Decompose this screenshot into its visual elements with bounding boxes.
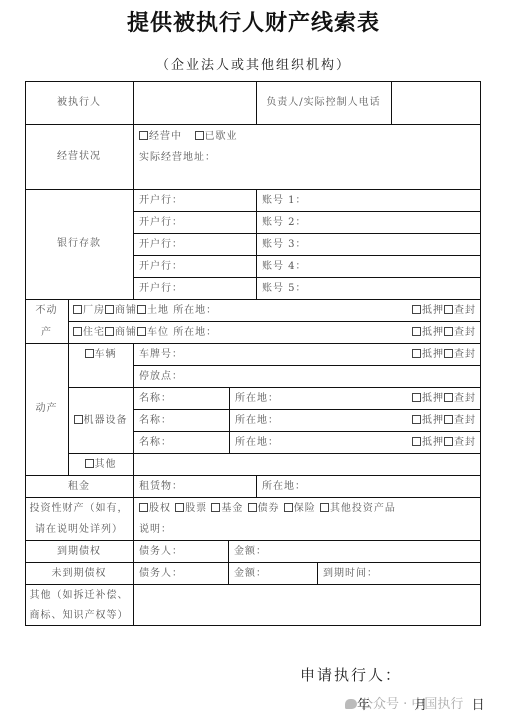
divider <box>25 343 481 344</box>
year-label: 年 <box>357 698 370 713</box>
divider <box>25 475 481 476</box>
checkbox-icon[interactable] <box>444 349 453 358</box>
table-border-bottom <box>25 625 481 626</box>
option-label: 保险 <box>294 503 316 514</box>
respondent-label: 被执行人 <box>25 97 133 109</box>
status-label: 查封 <box>454 393 476 404</box>
divider <box>25 124 481 125</box>
leased-object-label: 租赁物： <box>139 481 183 493</box>
checkbox-icon[interactable] <box>412 305 421 314</box>
divider <box>25 299 481 300</box>
option-label: 经营中 <box>149 131 182 142</box>
checkbox-icon[interactable] <box>284 503 293 512</box>
divider <box>25 584 481 585</box>
status-label: 抵押 <box>422 349 444 360</box>
option-label: 其他投资产品 <box>330 503 396 514</box>
option-label: 车辆 <box>95 349 117 360</box>
account-field[interactable]: 账号 3： <box>262 239 307 251</box>
divider <box>133 431 481 432</box>
status-label: 查封 <box>454 437 476 448</box>
checkbox-icon[interactable] <box>444 305 453 314</box>
divider <box>133 81 134 299</box>
investment-note-label: 说明： <box>139 524 172 536</box>
option-label: 股权 <box>149 503 171 514</box>
status-label: 查封 <box>454 349 476 360</box>
account-field[interactable]: 账号 1： <box>262 195 307 207</box>
bank-name-field[interactable]: 开户行： <box>139 217 183 229</box>
operation-options: 经营中 已歇业 <box>139 131 238 143</box>
wechat-icon <box>345 699 357 709</box>
checkbox-icon[interactable] <box>444 327 453 336</box>
checkbox-icon[interactable] <box>444 393 453 402</box>
plate-number-label: 车牌号： <box>139 349 183 361</box>
bank-name-field[interactable]: 开户行： <box>139 261 183 273</box>
option-label: 土地 <box>147 305 169 316</box>
checkbox-icon[interactable] <box>105 327 114 336</box>
due-claims-label: 到期债权 <box>25 546 133 558</box>
checkbox-icon[interactable] <box>137 305 146 314</box>
status-label: 抵押 <box>422 327 444 338</box>
parking-label: 停放点： <box>139 371 183 383</box>
checkbox-icon[interactable] <box>412 327 421 336</box>
status-label: 抵押 <box>422 305 444 316</box>
divider <box>25 562 481 563</box>
checkbox-icon[interactable] <box>73 327 82 336</box>
checkbox-icon[interactable] <box>444 437 453 446</box>
divider <box>133 343 134 625</box>
divider <box>25 189 481 190</box>
table-border-top <box>25 81 481 82</box>
checkbox-icon <box>85 459 94 468</box>
option-label: 其他 <box>95 459 117 470</box>
status-label: 抵押 <box>422 393 444 404</box>
bank-name-field[interactable]: 开户行： <box>139 239 183 251</box>
checkbox-icon <box>139 131 148 140</box>
checkbox-icon[interactable] <box>105 305 114 314</box>
divider <box>68 453 481 454</box>
real-estate-row-2: 住宅商铺车位 所在地： <box>73 327 217 339</box>
divider <box>133 211 481 212</box>
divider <box>133 233 481 234</box>
location-label: 所在地： <box>173 305 217 316</box>
option-label: 车位 <box>147 327 169 338</box>
status-options: 抵押查封 <box>380 305 476 317</box>
investment-options: 股权 股票 基金 债券 保险 其他投资产品 <box>139 503 396 515</box>
option-label: 商铺 <box>115 305 137 316</box>
divider <box>133 255 481 256</box>
checkbox-icon <box>74 415 83 424</box>
machine-location-label: 所在地： <box>235 437 279 449</box>
status-options: 抵押查封 <box>380 349 476 361</box>
status-label: 查封 <box>454 327 476 338</box>
debtor-label: 债务人： <box>139 568 183 580</box>
checkbox-icon[interactable] <box>137 327 146 336</box>
checkbox-icon[interactable] <box>412 437 421 446</box>
account-field[interactable]: 账号 5： <box>262 283 307 295</box>
divider <box>256 189 257 299</box>
day-label: 日 <box>472 698 485 713</box>
divider <box>317 562 318 584</box>
checkbox-icon[interactable] <box>444 415 453 424</box>
others-label-1: 其他（如拆迁补偿、 <box>25 590 133 602</box>
machine-name-label: 名称： <box>139 393 172 405</box>
movable-label: 动产 <box>25 403 68 415</box>
option-label: 股票 <box>185 503 207 514</box>
machine-location-label: 所在地： <box>235 415 279 427</box>
location-label: 所在地： <box>173 327 217 338</box>
vehicle-option[interactable]: 车辆 <box>68 349 133 361</box>
rent-location-label: 所在地： <box>262 481 306 493</box>
table-border-right <box>480 81 481 626</box>
date-line: 年 月 日 <box>357 694 485 713</box>
divider <box>391 81 392 124</box>
checkbox-icon[interactable] <box>320 503 329 512</box>
divider <box>229 387 230 453</box>
status-label: 抵押 <box>422 415 444 426</box>
amount-label: 金额： <box>234 568 267 580</box>
rent-label: 租金 <box>25 481 133 493</box>
divider <box>133 365 481 366</box>
divider <box>68 387 481 388</box>
checkbox-icon[interactable] <box>248 503 257 512</box>
undue-claims-label: 未到期债权 <box>25 568 133 580</box>
property-clue-table: 被执行人 负责人/实际控制人电话 经营状况 经营中 已歇业 实际经营地址： 银行… <box>0 0 507 725</box>
status-options: 抵押查封 <box>380 437 476 449</box>
real-estate-row-1: 厂房商铺土地 所在地： <box>73 305 217 317</box>
checkbox-icon <box>85 349 94 358</box>
checkbox-icon[interactable] <box>412 349 421 358</box>
investment-label-2: 请在说明处详列） <box>25 524 133 536</box>
bank-name-field[interactable]: 开户行： <box>139 195 183 207</box>
option-label: 债券 <box>258 503 280 514</box>
divider <box>25 540 481 541</box>
account-field[interactable]: 账号 2： <box>262 217 307 229</box>
amount-label: 金额： <box>234 546 267 558</box>
business-address-label: 实际经营地址： <box>139 152 216 164</box>
divider <box>25 497 481 498</box>
machine-name-label: 名称： <box>139 437 172 449</box>
others-label-2: 商标、知识产权等） <box>25 610 133 622</box>
option-label: 基金 <box>221 503 243 514</box>
checkbox-icon[interactable] <box>412 393 421 402</box>
status-options: 抵押查封 <box>380 327 476 339</box>
divider <box>133 277 481 278</box>
checkbox-icon[interactable] <box>73 305 82 314</box>
option-label: 已歇业 <box>205 131 238 142</box>
contact-phone-label: 负责人/实际控制人电话 <box>256 97 391 109</box>
other-movable-option[interactable]: 其他 <box>68 459 133 471</box>
option-label: 住宅 <box>83 327 105 338</box>
applicant-label: 申请执行人： <box>300 664 402 685</box>
status-label: 抵押 <box>422 437 444 448</box>
option-label: 机器设备 <box>84 415 128 426</box>
status-options: 抵押查封 <box>380 393 476 405</box>
checkbox-closed[interactable]: 已歇业 <box>195 131 238 142</box>
machine-name-label: 名称： <box>139 415 172 427</box>
checkbox-icon[interactable] <box>211 503 220 512</box>
checkbox-icon[interactable] <box>175 503 184 512</box>
real-estate-label-2: 产 <box>25 327 68 339</box>
operation-label: 经营状况 <box>25 151 133 163</box>
divider <box>256 475 257 497</box>
month-label: 月 <box>414 698 427 713</box>
machinery-option[interactable]: 机器设备 <box>68 415 133 427</box>
checkbox-icon <box>195 131 204 140</box>
bank-name-field[interactable]: 开户行： <box>139 283 183 295</box>
divider <box>133 409 481 410</box>
due-time-label: 到期时间： <box>323 568 378 580</box>
checkbox-icon[interactable] <box>412 415 421 424</box>
option-label: 厂房 <box>83 305 105 316</box>
investment-label-1: 投资性财产（如有， <box>25 503 133 515</box>
status-options: 抵押查封 <box>380 415 476 427</box>
account-field[interactable]: 账号 4： <box>262 261 307 273</box>
divider <box>68 321 481 322</box>
checkbox-icon[interactable] <box>139 503 148 512</box>
machine-location-label: 所在地： <box>235 393 279 405</box>
checkbox-in-operation[interactable]: 经营中 <box>139 131 182 142</box>
bank-deposit-label: 银行存款 <box>25 238 133 250</box>
real-estate-label-1: 不动 <box>25 305 68 317</box>
status-label: 查封 <box>454 415 476 426</box>
status-label: 查封 <box>454 305 476 316</box>
debtor-label: 债务人： <box>139 546 183 558</box>
option-label: 商铺 <box>115 327 137 338</box>
